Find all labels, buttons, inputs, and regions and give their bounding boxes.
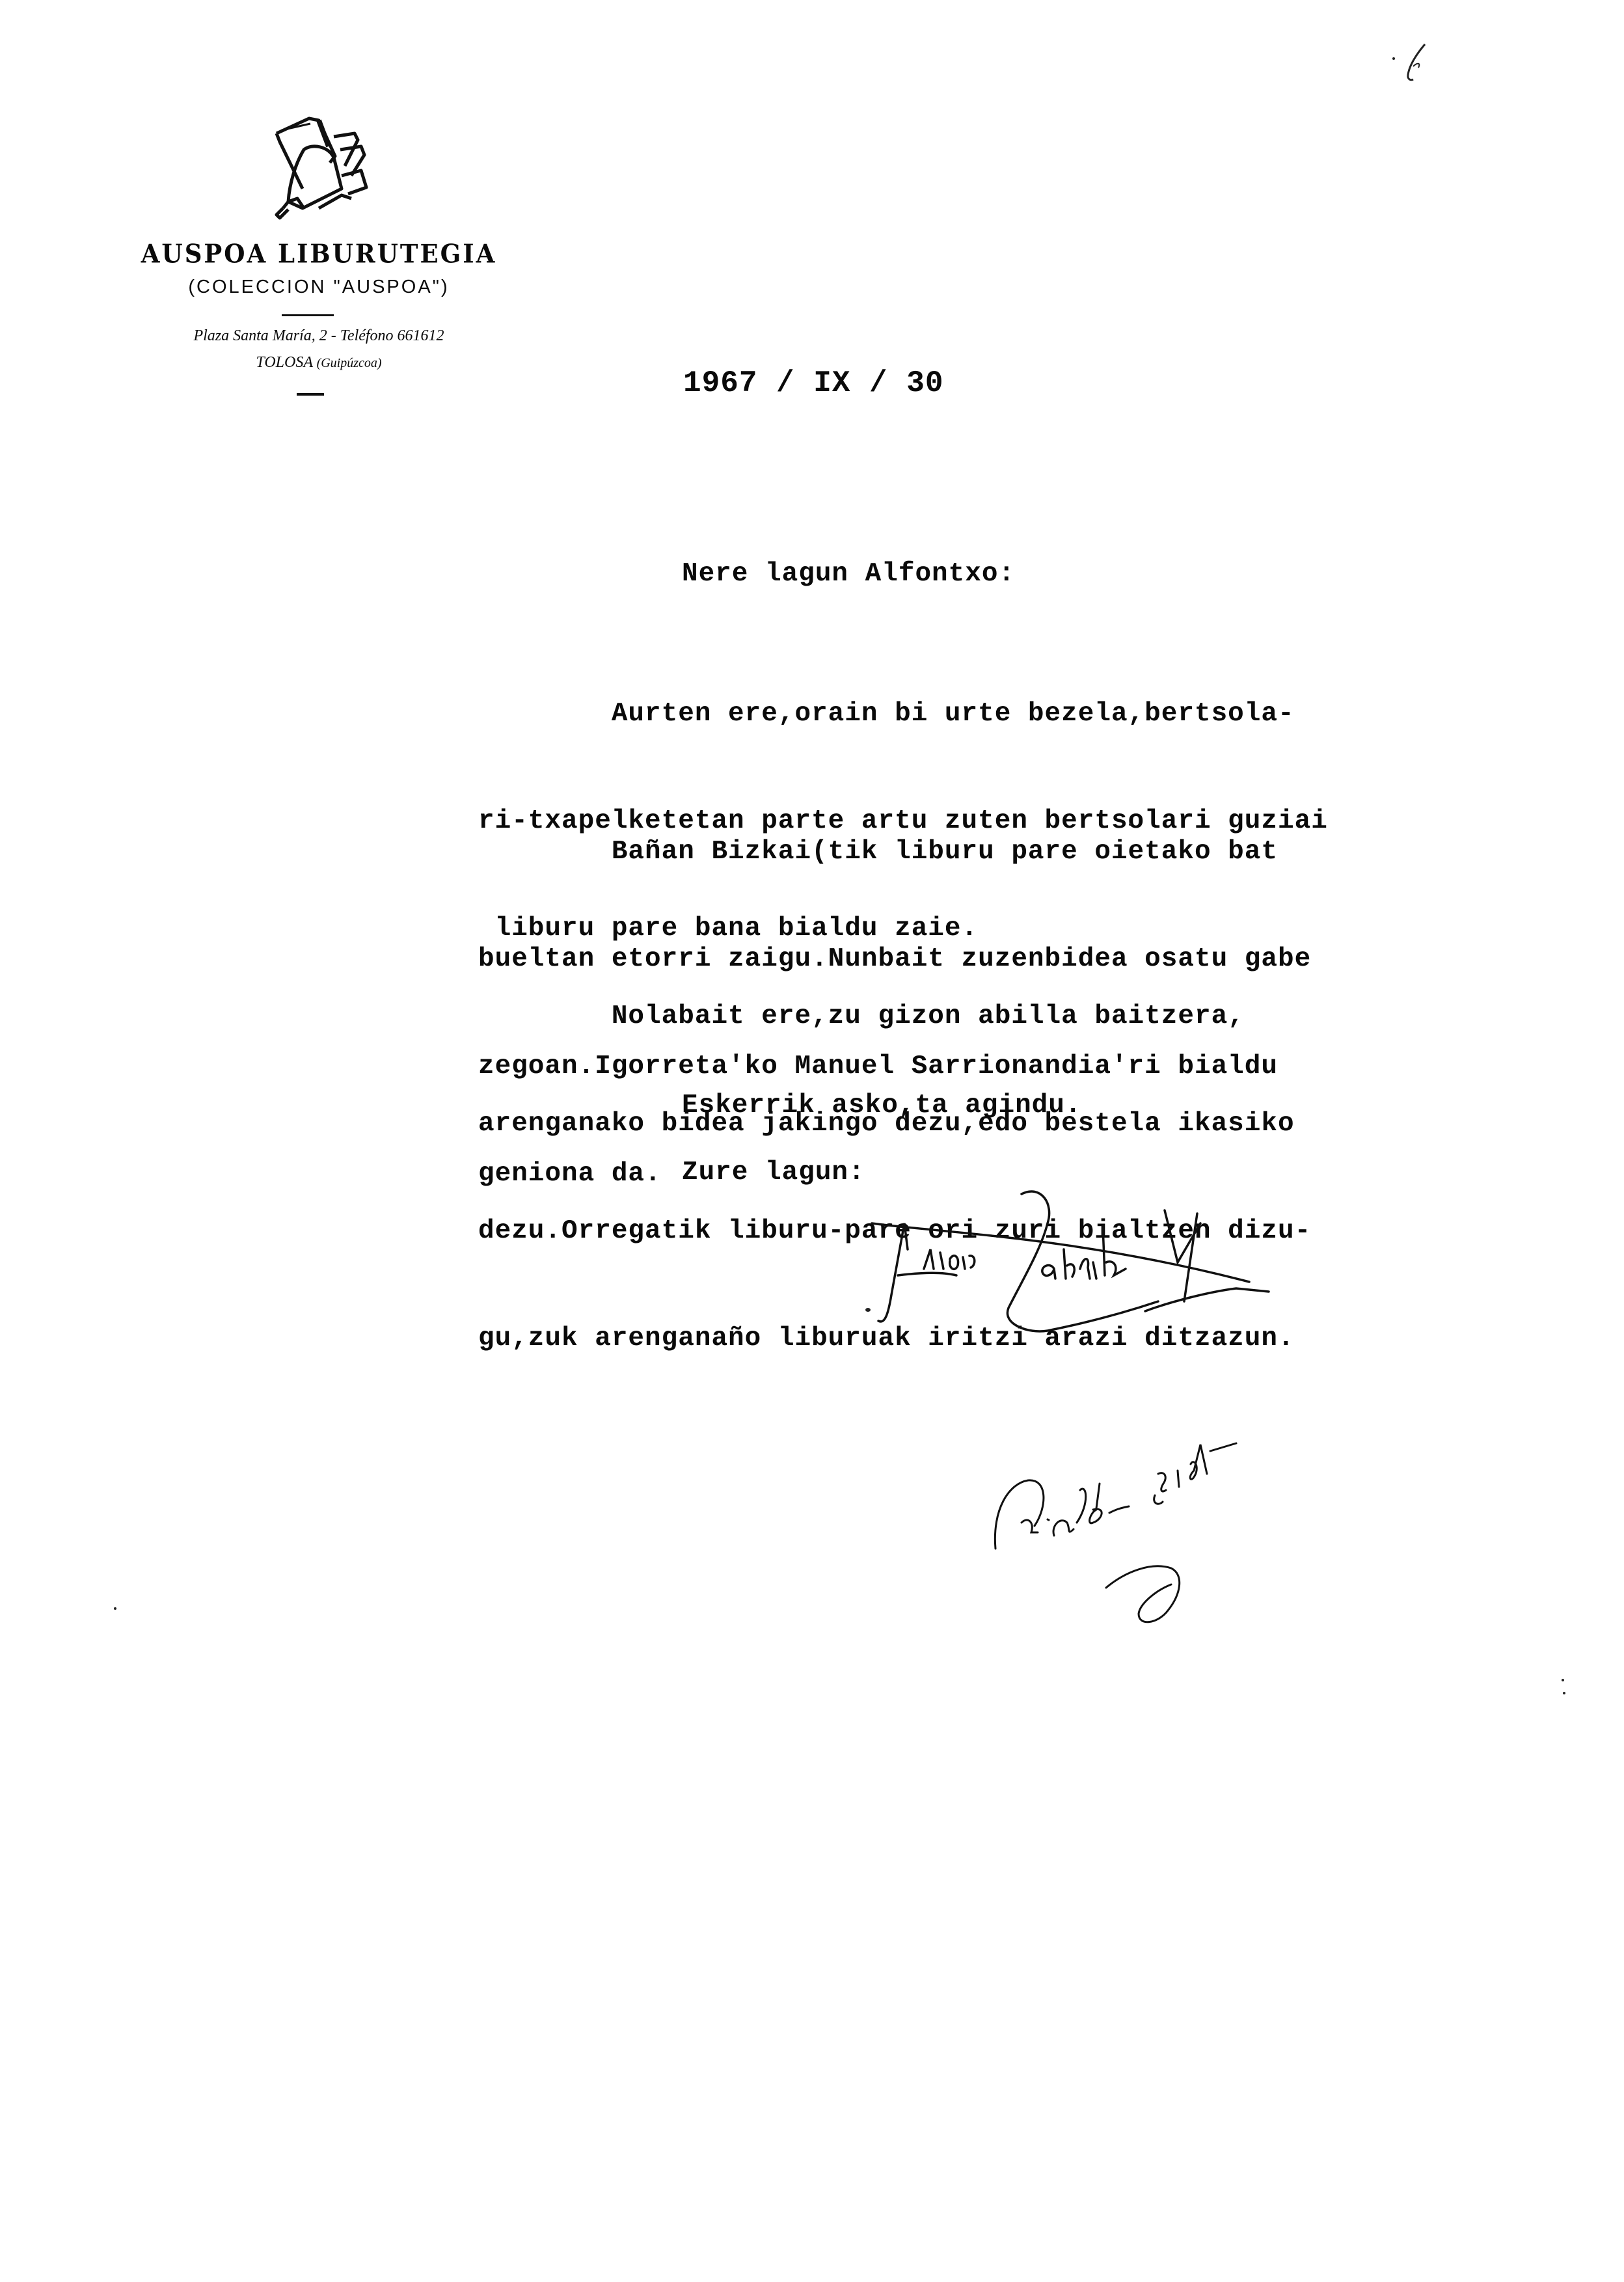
ink-speck	[865, 1308, 871, 1312]
handwritten-signature	[846, 1184, 1314, 1340]
letterhead-divider	[282, 314, 334, 316]
letterhead-city: TOLOSA (Guipúzcoa)	[111, 354, 527, 372]
book-and-bellows-logo-icon	[257, 111, 387, 221]
letterhead-city-name: TOLOSA	[256, 354, 312, 371]
scan-speck	[1392, 57, 1395, 60]
closing-line: Eskerrik asko,ta agindu.	[682, 1088, 1082, 1124]
scan-speck	[1562, 1679, 1564, 1681]
handwritten-page-number	[1399, 39, 1438, 85]
paragraph-line: Bañan Bizkai(tik liburu pare oietako bat	[478, 834, 1532, 870]
valediction: Zure lagun:	[682, 1155, 865, 1191]
letterhead-name: AUSPOA LIBURUTEGIA	[111, 239, 527, 269]
letterhead-address: Plaza Santa María, 2 - Teléfono 661612	[111, 327, 527, 345]
paragraph-line: Nolabait ere,zu gizon abilla baitzera,	[478, 999, 1532, 1035]
letter-date: 1967 / IX / 30	[683, 366, 943, 401]
salutation: Nere lagun Alfontxo:	[682, 556, 1015, 592]
paragraph-line: Aurten ere,orain bi urte bezela,bertsola…	[478, 696, 1532, 732]
scan-speck	[114, 1607, 116, 1610]
letterhead-province: (Guipúzcoa)	[317, 356, 382, 370]
scan-speck	[1563, 1692, 1565, 1694]
scan-speck	[1129, 823, 1131, 826]
letterhead-collection: (COLECCION "AUSPOA")	[111, 277, 527, 298]
handwritten-note	[976, 1432, 1288, 1646]
letterhead-divider-short	[297, 393, 324, 396]
